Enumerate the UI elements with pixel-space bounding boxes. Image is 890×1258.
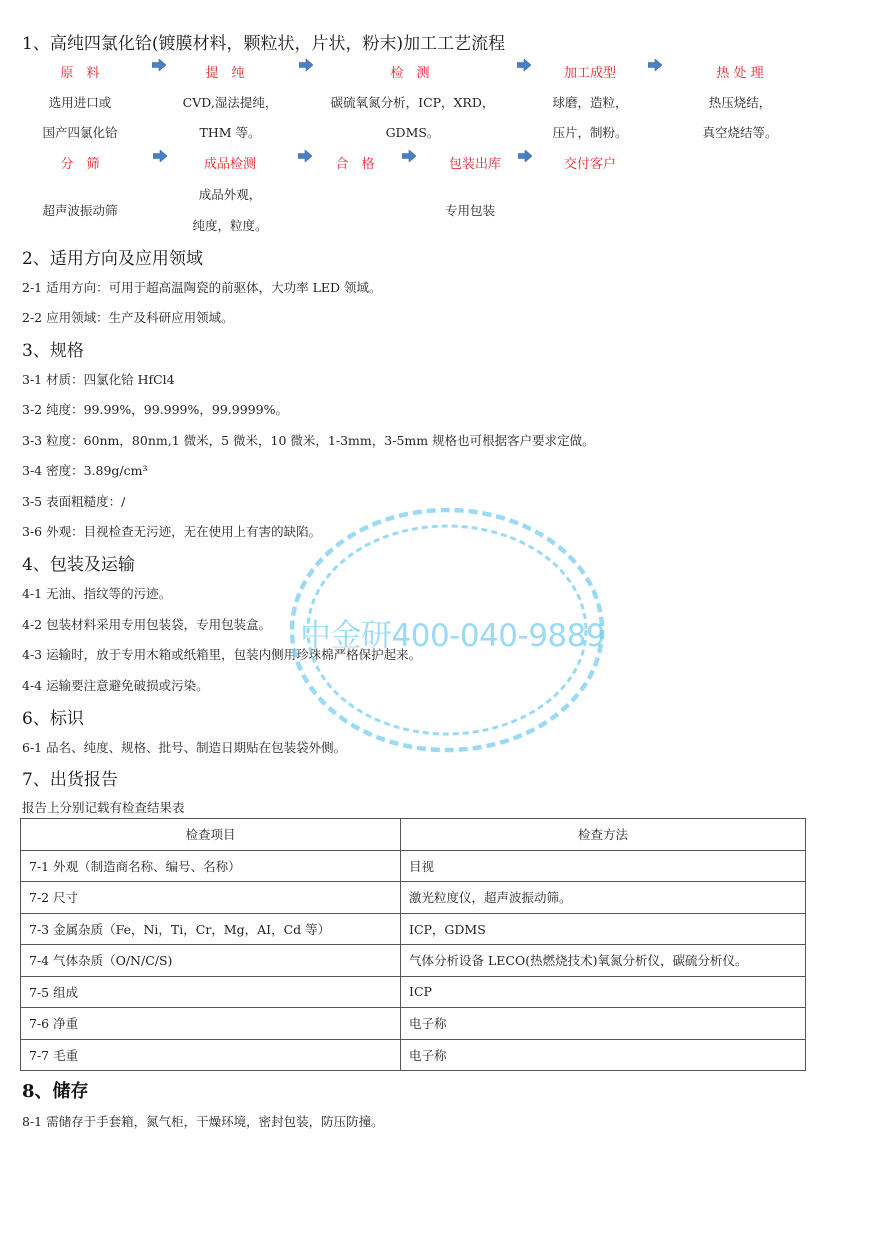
flow-step-forming: 加工成型 <box>545 62 635 81</box>
report-intro: 报告上分别记载有检查结果表 <box>22 798 185 816</box>
table-row: 7-1 外观（制造商名称、编号、名称） 目视 <box>21 850 806 882</box>
section-4-item: 4-1 无油、指纹等的污迹。 <box>22 584 171 602</box>
cell-item: 7-5 组成 <box>21 976 401 1008</box>
section-6-item: 6-1 品名、纯度、规格、批号、制造日期贴在包装袋外侧。 <box>22 738 346 756</box>
flow-step-final-inspection: 成品检测 <box>180 153 280 172</box>
flow-desc: 国产四氯化铪 <box>20 123 140 141</box>
flow-step-heat-treatment: 热 处 理 <box>690 62 790 81</box>
section-3-item: 3-1 材质：四氯化铪 HfCl4 <box>22 370 175 388</box>
flow-desc: 纯度，粒度。 <box>170 216 290 234</box>
blue-right-arrow-icon <box>517 59 531 71</box>
section-8-title: 8、储存 <box>22 1077 89 1103</box>
flow-step-testing: 检 测 <box>355 62 465 81</box>
flow-step-sieving: 分 筛 <box>40 153 120 172</box>
blue-right-arrow-icon <box>152 59 166 71</box>
flow-desc: CVD,湿法提纯， <box>165 93 295 111</box>
cell-method: 目视 <box>401 850 806 882</box>
section-2-title: 2、适用方向及应用领域 <box>22 244 203 269</box>
table-row: 7-7 毛重 电子称 <box>21 1039 806 1071</box>
flow-desc: 超声波振动筛 <box>20 201 140 219</box>
cell-method: 气体分析设备 LECO(热燃烧技术)氧氮分析仪，碳硫分析仪。 <box>401 945 806 977</box>
section-2-item: 2-1 适用方向：可用于超高温陶瓷的前驱体，大功率 LED 领域。 <box>22 278 382 296</box>
section-3-item: 3-4 密度：3.89g/cm³ <box>22 461 148 479</box>
section-8-item: 8-1 需储存于手套箱，氮气柜，干燥环境，密封包装，防压防撞。 <box>22 1112 384 1130</box>
cell-method: 电子称 <box>401 1008 806 1040</box>
table-row: 7-6 净重 电子称 <box>21 1008 806 1040</box>
cell-method: 激光粒度仪，超声波振动筛。 <box>401 882 806 914</box>
section-7-title: 7、出货报告 <box>22 765 118 790</box>
blue-right-arrow-icon <box>648 59 662 71</box>
section-6-title: 6、标识 <box>22 704 84 729</box>
cell-method: ICP，GDMS <box>401 913 806 945</box>
flow-desc: 专用包装 <box>420 201 520 219</box>
table-row: 7-5 组成 ICP <box>21 976 806 1008</box>
flow-desc: GDMS。 <box>315 123 510 141</box>
column-header-method: 检查方法 <box>401 819 806 851</box>
cell-item: 7-3 金属杂质（Fe，Ni，Ti，Cr，Mg，AI，Cd 等） <box>21 913 401 945</box>
cell-item: 7-4 气体杂质（O/N/C/S) <box>21 945 401 977</box>
section-3-item: 3-5 表面粗糙度：/ <box>22 492 125 510</box>
flow-desc: 真空烧结等。 <box>680 123 800 141</box>
flow-desc: 球磨，造粒， <box>540 93 640 111</box>
section-2-item: 2-2 应用领域：生产及科研应用领域。 <box>22 308 234 326</box>
cell-method: ICP <box>401 976 806 1008</box>
section-3-item: 3-2 纯度：99.99%，99.999%，99.9999%。 <box>22 400 288 418</box>
cell-item: 7-2 尺寸 <box>21 882 401 914</box>
flow-desc: 碳硫氧氮分析，ICP，XRD， <box>315 93 510 111</box>
cell-item: 7-1 外观（制造商名称、编号、名称） <box>21 850 401 882</box>
section-3-item: 3-3 粒度：60nm，80nm,1 微米，5 微米，10 微米，1-3mm，3… <box>22 431 595 449</box>
table-row: 7-4 气体杂质（O/N/C/S) 气体分析设备 LECO(热燃烧技术)氧氮分析… <box>21 945 806 977</box>
section-1-title: 1、高纯四氯化铪(镀膜材料，颗粒状，片状，粉末)加工工艺流程 <box>22 29 505 54</box>
flow-step-qualified: 合 格 <box>320 153 390 172</box>
section-4-item: 4-2 包装材料采用专用包装袋，专用包装盒。 <box>22 615 271 633</box>
flow-step-raw-material: 原 料 <box>40 62 120 81</box>
flow-desc: 压片，制粉。 <box>540 123 640 141</box>
section-4-title: 4、包装及运输 <box>22 550 135 575</box>
flow-step-delivery: 交付客户 <box>545 153 635 172</box>
table-header-row: 检查项目 检查方法 <box>21 819 806 851</box>
blue-right-arrow-icon <box>299 59 313 71</box>
watermark-text: 中金研400-040-9889 <box>300 610 605 655</box>
flow-desc: 热压烧结， <box>680 93 800 111</box>
flow-step-packaging: 包装出库 <box>430 153 520 172</box>
blue-right-arrow-icon <box>518 150 532 162</box>
table-row: 7-2 尺寸 激光粒度仪，超声波振动筛。 <box>21 882 806 914</box>
blue-right-arrow-icon <box>402 150 416 162</box>
table-row: 7-3 金属杂质（Fe，Ni，Ti，Cr，Mg，AI，Cd 等） ICP，GDM… <box>21 913 806 945</box>
flow-desc: 成品外观， <box>170 185 290 203</box>
blue-right-arrow-icon <box>153 150 167 162</box>
section-3-item: 3-6 外观：目视检查无污迹，无在使用上有害的缺陷。 <box>22 522 321 540</box>
cell-item: 7-6 净重 <box>21 1008 401 1040</box>
flow-step-purification: 提 纯 <box>180 62 270 81</box>
column-header-item: 检查项目 <box>21 819 401 851</box>
flow-desc: 选用进口或 <box>20 93 140 111</box>
blue-right-arrow-icon <box>298 150 312 162</box>
section-4-item: 4-4 运输要注意避免破损或污染。 <box>22 676 209 694</box>
flow-desc: THM 等。 <box>165 123 295 141</box>
cell-method: 电子称 <box>401 1039 806 1071</box>
section-3-title: 3、规格 <box>22 336 84 361</box>
inspection-table: 检查项目 检查方法 7-1 外观（制造商名称、编号、名称） 目视 7-2 尺寸 … <box>20 818 806 1071</box>
cell-item: 7-7 毛重 <box>21 1039 401 1071</box>
